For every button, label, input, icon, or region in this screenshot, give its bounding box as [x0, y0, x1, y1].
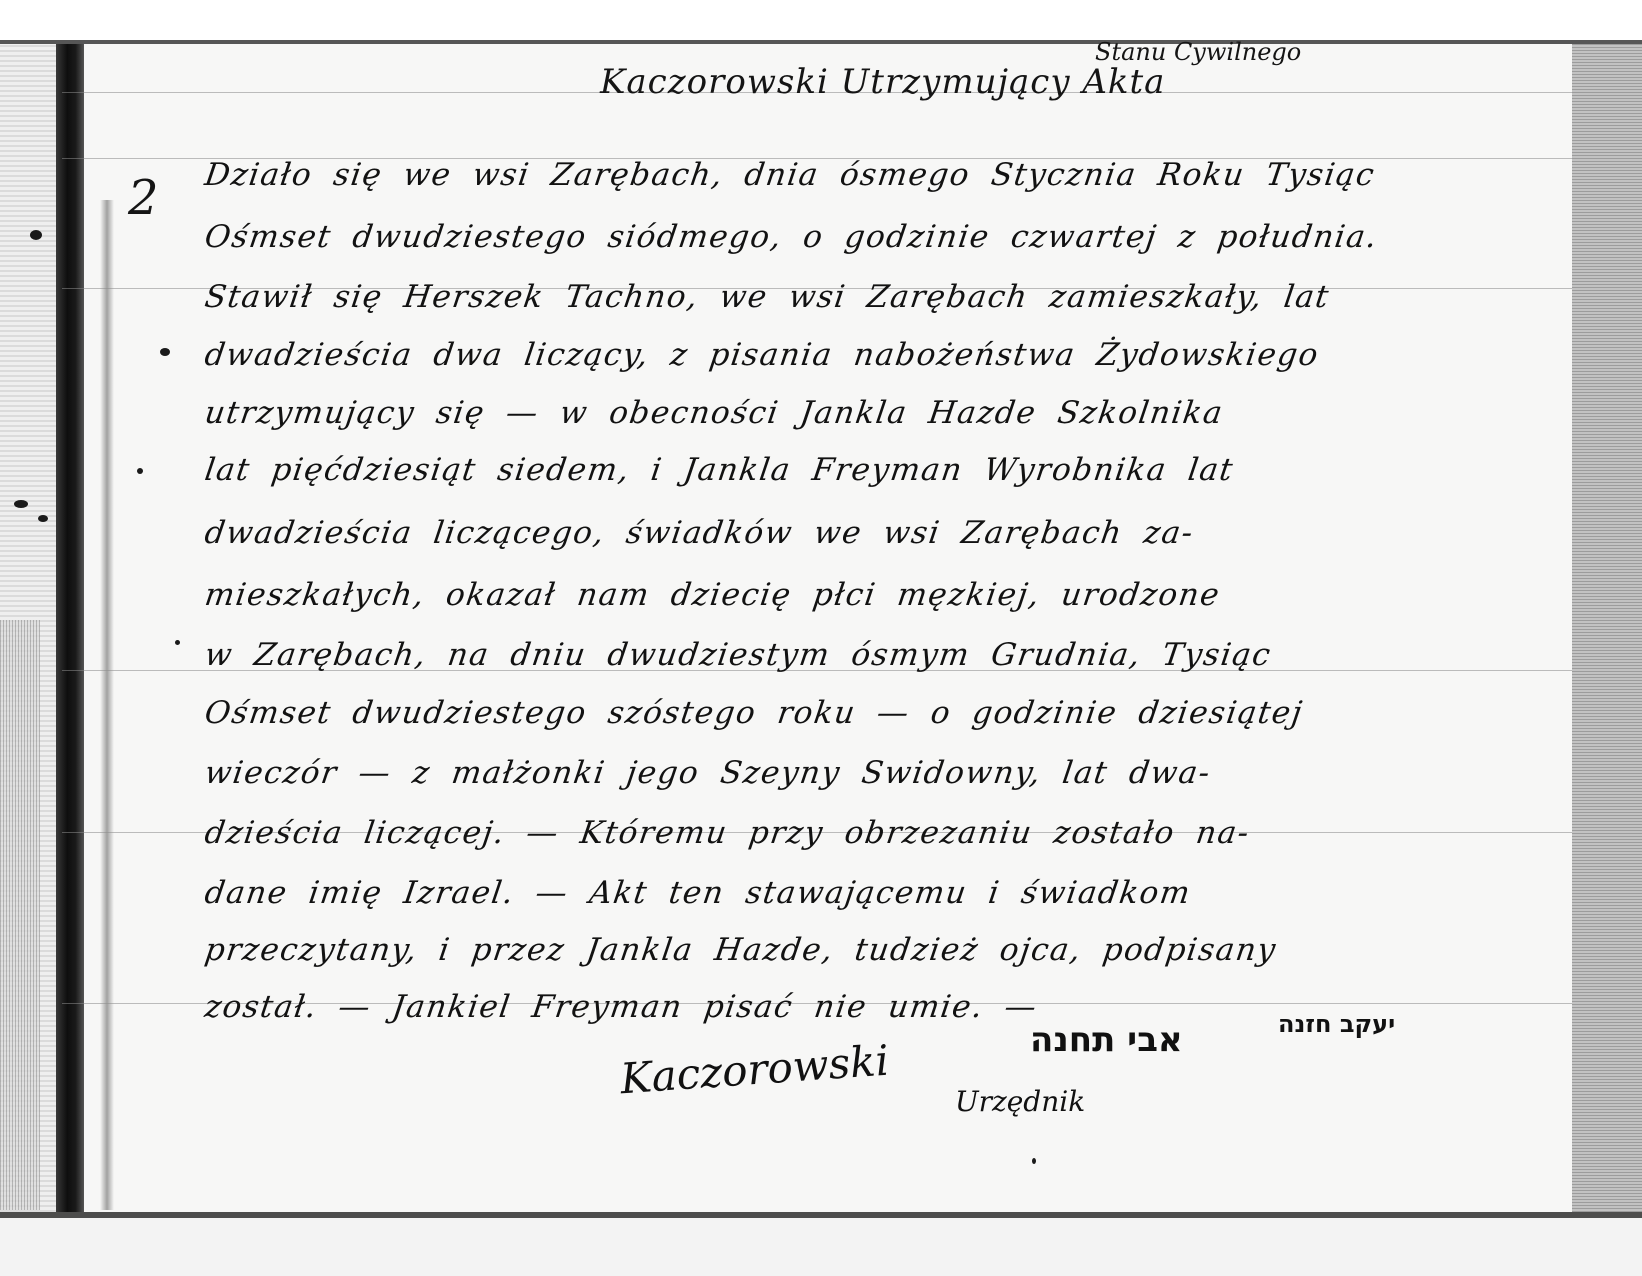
- ink-speck: [137, 468, 143, 474]
- ink-speck: [1032, 1158, 1036, 1164]
- page-top-edge: [0, 40, 1642, 44]
- official-signature: Kaczorowski: [619, 1036, 891, 1104]
- hebrew-signature-father: אבי תחנה: [1030, 1020, 1183, 1060]
- ink-speck: [175, 640, 180, 645]
- scanned-page: Stanu Cywilnego Kaczorowski Utrzymujący …: [0, 0, 1642, 1276]
- record-number: 2: [128, 170, 159, 226]
- gutter-shadow: [100, 200, 114, 1210]
- ink-speck: [38, 515, 48, 522]
- right-page-edge: [1572, 44, 1642, 1212]
- ink-speck: [14, 500, 28, 508]
- hebrew-signature-witness: יעקב חזנה: [1278, 1010, 1395, 1038]
- scan-top-margin: [0, 0, 1642, 40]
- document-header: Kaczorowski Utrzymujący Akta: [600, 62, 1165, 102]
- scan-bottom-margin: [0, 1218, 1642, 1276]
- ink-speck: [160, 348, 170, 356]
- official-title: Urzędnik: [955, 1085, 1085, 1118]
- ink-speck: [30, 230, 42, 240]
- book-spine: [56, 44, 84, 1212]
- left-page-shading: [0, 620, 40, 1210]
